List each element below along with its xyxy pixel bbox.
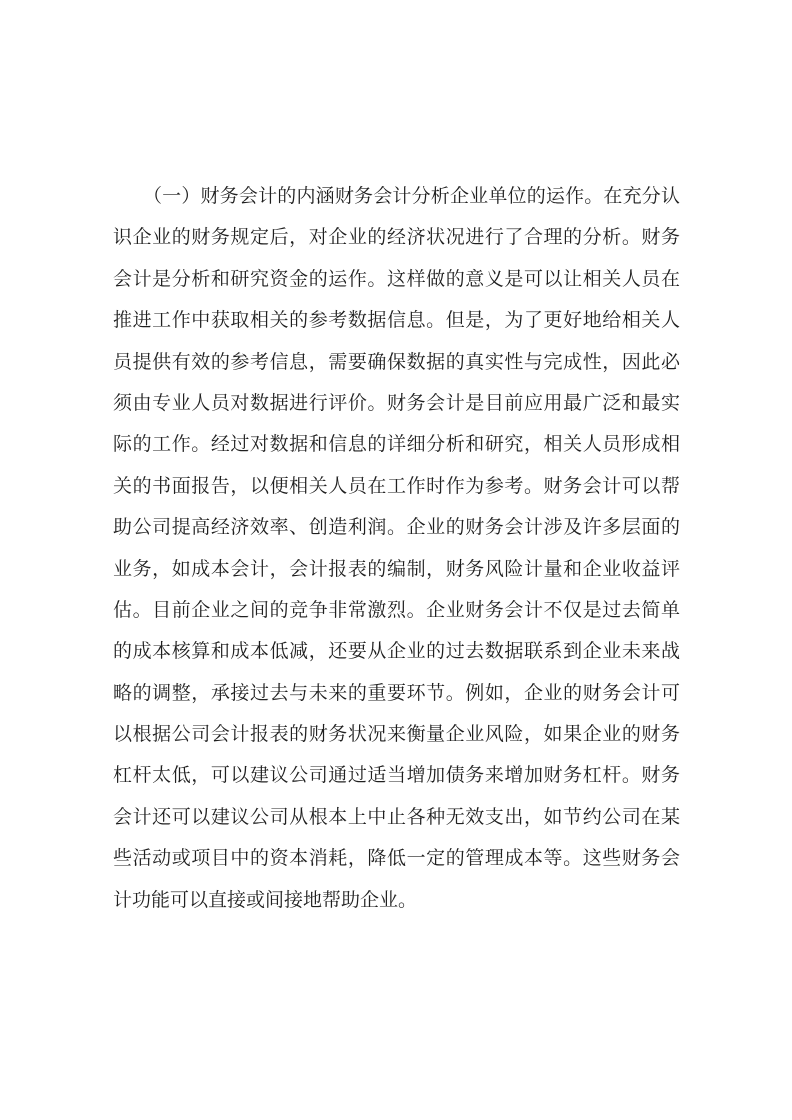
paragraph-line: 略的调整，承接过去与未来的重要环节。例如，企业的财务会计可 [113,673,680,714]
document-page: （一）财务会计的内涵财务会计分析企业单位的运作。在充分认 识企业的财务规定后，对… [0,0,792,1120]
paragraph-line: 会计是分析和研究资金的运作。这样做的意义是可以让相关人员在 [113,259,680,300]
paragraph-line: 推进工作中获取相关的参考数据信息。但是，为了更好地给相关人 [113,300,680,341]
paragraph-line: 员提供有效的参考信息，需要确保数据的真实性与完成性，因此必 [113,342,680,383]
paragraph-line: 杠杆太低，可以建议公司通过适当增加债务来增加财务杠杆。财务 [113,755,680,796]
paragraph-line: 业务，如成本会计，会计报表的编制，财务风险计量和企业收益评 [113,549,680,590]
paragraph-line: 些活动或项目中的资本消耗，降低一定的管理成本等。这些财务会 [113,838,680,879]
paragraph-line: 须由专业人员对数据进行评价。财务会计是目前应用最广泛和最实 [113,383,680,424]
paragraph-line: （一）财务会计的内涵财务会计分析企业单位的运作。在充分认 [113,176,680,217]
paragraph-line: 际的工作。经过对数据和信息的详细分析和研究，相关人员形成相 [113,424,680,465]
paragraph-line: 识企业的财务规定后，对企业的经济状况进行了合理的分析。财务 [113,217,680,258]
paragraph-line: 关的书面报告，以便相关人员在工作时作为参考。财务会计可以帮 [113,466,680,507]
paragraph-line: 的成本核算和成本低减，还要从企业的过去数据联系到企业未来战 [113,631,680,672]
paragraph-line: 估。目前企业之间的竞争非常激烈。企业财务会计不仅是过去简单 [113,590,680,631]
paragraph-line: 计功能可以直接或间接地帮助企业。 [113,880,680,921]
paragraph-line: 助公司提高经济效率、创造利润。企业的财务会计涉及许多层面的 [113,507,680,548]
paragraph-line: 以根据公司会计报表的财务状况来衡量企业风险，如果企业的财务 [113,714,680,755]
paragraph: （一）财务会计的内涵财务会计分析企业单位的运作。在充分认 识企业的财务规定后，对… [113,176,680,921]
paragraph-line: 会计还可以建议公司从根本上中止各种无效支出，如节约公司在某 [113,797,680,838]
